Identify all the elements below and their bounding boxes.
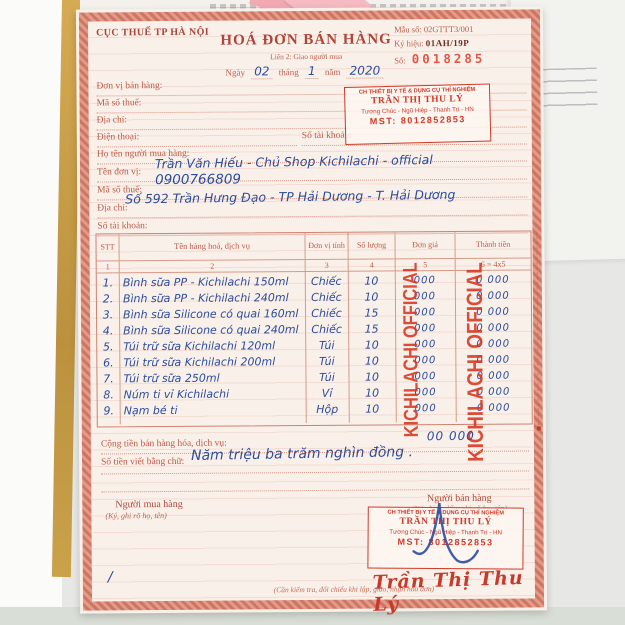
row-unit: Hộp	[306, 401, 349, 417]
col-number: 2	[120, 259, 305, 272]
seller-stamp: CH THIẾT BỊ Y TẾ & DỤNG CỤ THÍ NGHIỆM TR…	[344, 83, 491, 145]
row-qty: 15	[348, 304, 395, 320]
row-qty: 10	[348, 336, 395, 352]
col-header-qty: Số lượng	[348, 232, 394, 258]
row-unit: Túi	[305, 337, 348, 353]
row-name: Túi trữ sữa 250ml	[119, 369, 309, 386]
seller-address-label: Địa chỉ:	[97, 115, 127, 125]
row-stt: 7.	[97, 370, 119, 386]
buyer-signature-title: Người mua hàng	[115, 499, 182, 510]
col-number: 3	[306, 259, 348, 271]
row-stt: 2.	[97, 290, 119, 306]
row-name: Núm ti vỉ Kichilachi	[120, 385, 310, 402]
buyer-pen-mark: /	[108, 569, 113, 585]
row-name: Nạm bé ti	[120, 401, 310, 418]
handwritten-buyer-tax: 0900766809	[155, 171, 241, 188]
row-name: Bình sữa Silicone có quai 160ml	[119, 305, 309, 322]
serial-label: Ký hiệu:	[394, 38, 424, 48]
buyer-unit-label: Tên đơn vị:	[97, 167, 141, 177]
col-header-price: Đơn giá	[395, 232, 454, 258]
registration-mark	[537, 426, 541, 430]
row-unit: Chiếc	[305, 289, 348, 305]
form-number: Mẫu số: 02GTTT3/001	[394, 24, 473, 35]
row-qty: 10	[348, 352, 395, 368]
row-stt: 9.	[98, 402, 120, 418]
amount-in-words-label: Số tiền viết bằng chữ:	[101, 457, 184, 468]
row-stt: 4.	[97, 322, 119, 338]
row-qty: 10	[349, 384, 396, 400]
copy-note: Liên 2: Giao người mua	[184, 51, 428, 62]
invoice-number-line: Số: 0018285	[394, 51, 485, 67]
row-name: Bình sữa PP - Kichilachi 150ml	[119, 273, 309, 290]
shop-watermark-stamp: KICHILACHI OFFICIAL	[400, 262, 424, 437]
row-unit: Chiếc	[305, 273, 348, 289]
row-name: Túi trữ sữa Kichilachi 120ml	[119, 337, 309, 354]
date-prefix-label: Ngày	[225, 67, 245, 77]
row-name: Bình sữa Silicone có quai 240ml	[119, 321, 309, 338]
col-header-amount: Thành tiền	[455, 231, 530, 258]
serial-line: Ký hiệu: 01AH/19P	[394, 38, 469, 49]
year-label: năm	[325, 67, 341, 77]
row-unit: Vỉ	[306, 385, 349, 401]
row-qty: 15	[348, 320, 395, 336]
row-unit: Chiếc	[305, 321, 348, 337]
invoice-sheet: CỤC THUẾ TP HÀ NỘI HOÁ ĐƠN BÁN HÀNG Liên…	[76, 6, 547, 613]
seller-phone-label: Điện thoại:	[97, 132, 140, 142]
buyer-signature-subtitle: (Ký, ghi rõ họ, tên)	[105, 511, 166, 520]
row-stt: 1.	[97, 274, 119, 290]
handwritten-day: 02	[251, 64, 272, 79]
seller-unit-label: Đơn vị bán hàng:	[96, 81, 162, 91]
row-stt: 6.	[97, 354, 119, 370]
row-unit: Túi	[305, 369, 348, 385]
serial-value: 01AH/19P	[426, 38, 470, 48]
seller-phone-line: Điện thoại:	[97, 131, 297, 147]
seller-handwritten-signature	[399, 493, 490, 574]
month-label: tháng	[279, 67, 299, 77]
handwritten-total-amount: 00 000	[427, 429, 475, 443]
row-unit: Chiếc	[305, 305, 348, 321]
row-stt: 3.	[97, 306, 119, 322]
buyer-account-label: Số tài khoản:	[97, 221, 147, 231]
handwritten-month: 1	[305, 64, 319, 79]
blank-dotted-line	[101, 474, 529, 492]
seller-tax-label: Mã số thuế:	[97, 98, 142, 108]
buyer-address-label: Địa chỉ:	[97, 203, 127, 213]
row-qty: 10	[349, 400, 396, 416]
row-qty: 10	[348, 272, 395, 288]
col-header-unit: Đơn vị tính	[305, 233, 347, 259]
row-stt: 8.	[98, 386, 120, 402]
handwritten-year: 2020	[347, 63, 384, 78]
row-name: Bình sữa PP - Kichilachi 240ml	[119, 289, 309, 306]
row-qty: 10	[348, 288, 395, 304]
invoice-title: HOÁ ĐƠN BÁN HÀNG	[184, 31, 428, 50]
col-header-name: Tên hàng hoá, dịch vụ	[119, 233, 304, 260]
number-label: Số:	[394, 55, 405, 65]
printed-script-signature: Trần Thị Thu Lý	[372, 566, 547, 616]
row-qty: 10	[348, 368, 395, 384]
col-number: 4	[349, 258, 395, 270]
col-header-stt: STT	[96, 234, 118, 260]
col-number: 1	[97, 260, 119, 272]
invoice-number-value: 0018285	[412, 51, 486, 67]
row-name: Túi trữ sữa Kichilachi 200ml	[119, 353, 309, 370]
row-stt: 5.	[97, 338, 119, 354]
row-unit: Túi	[305, 353, 348, 369]
